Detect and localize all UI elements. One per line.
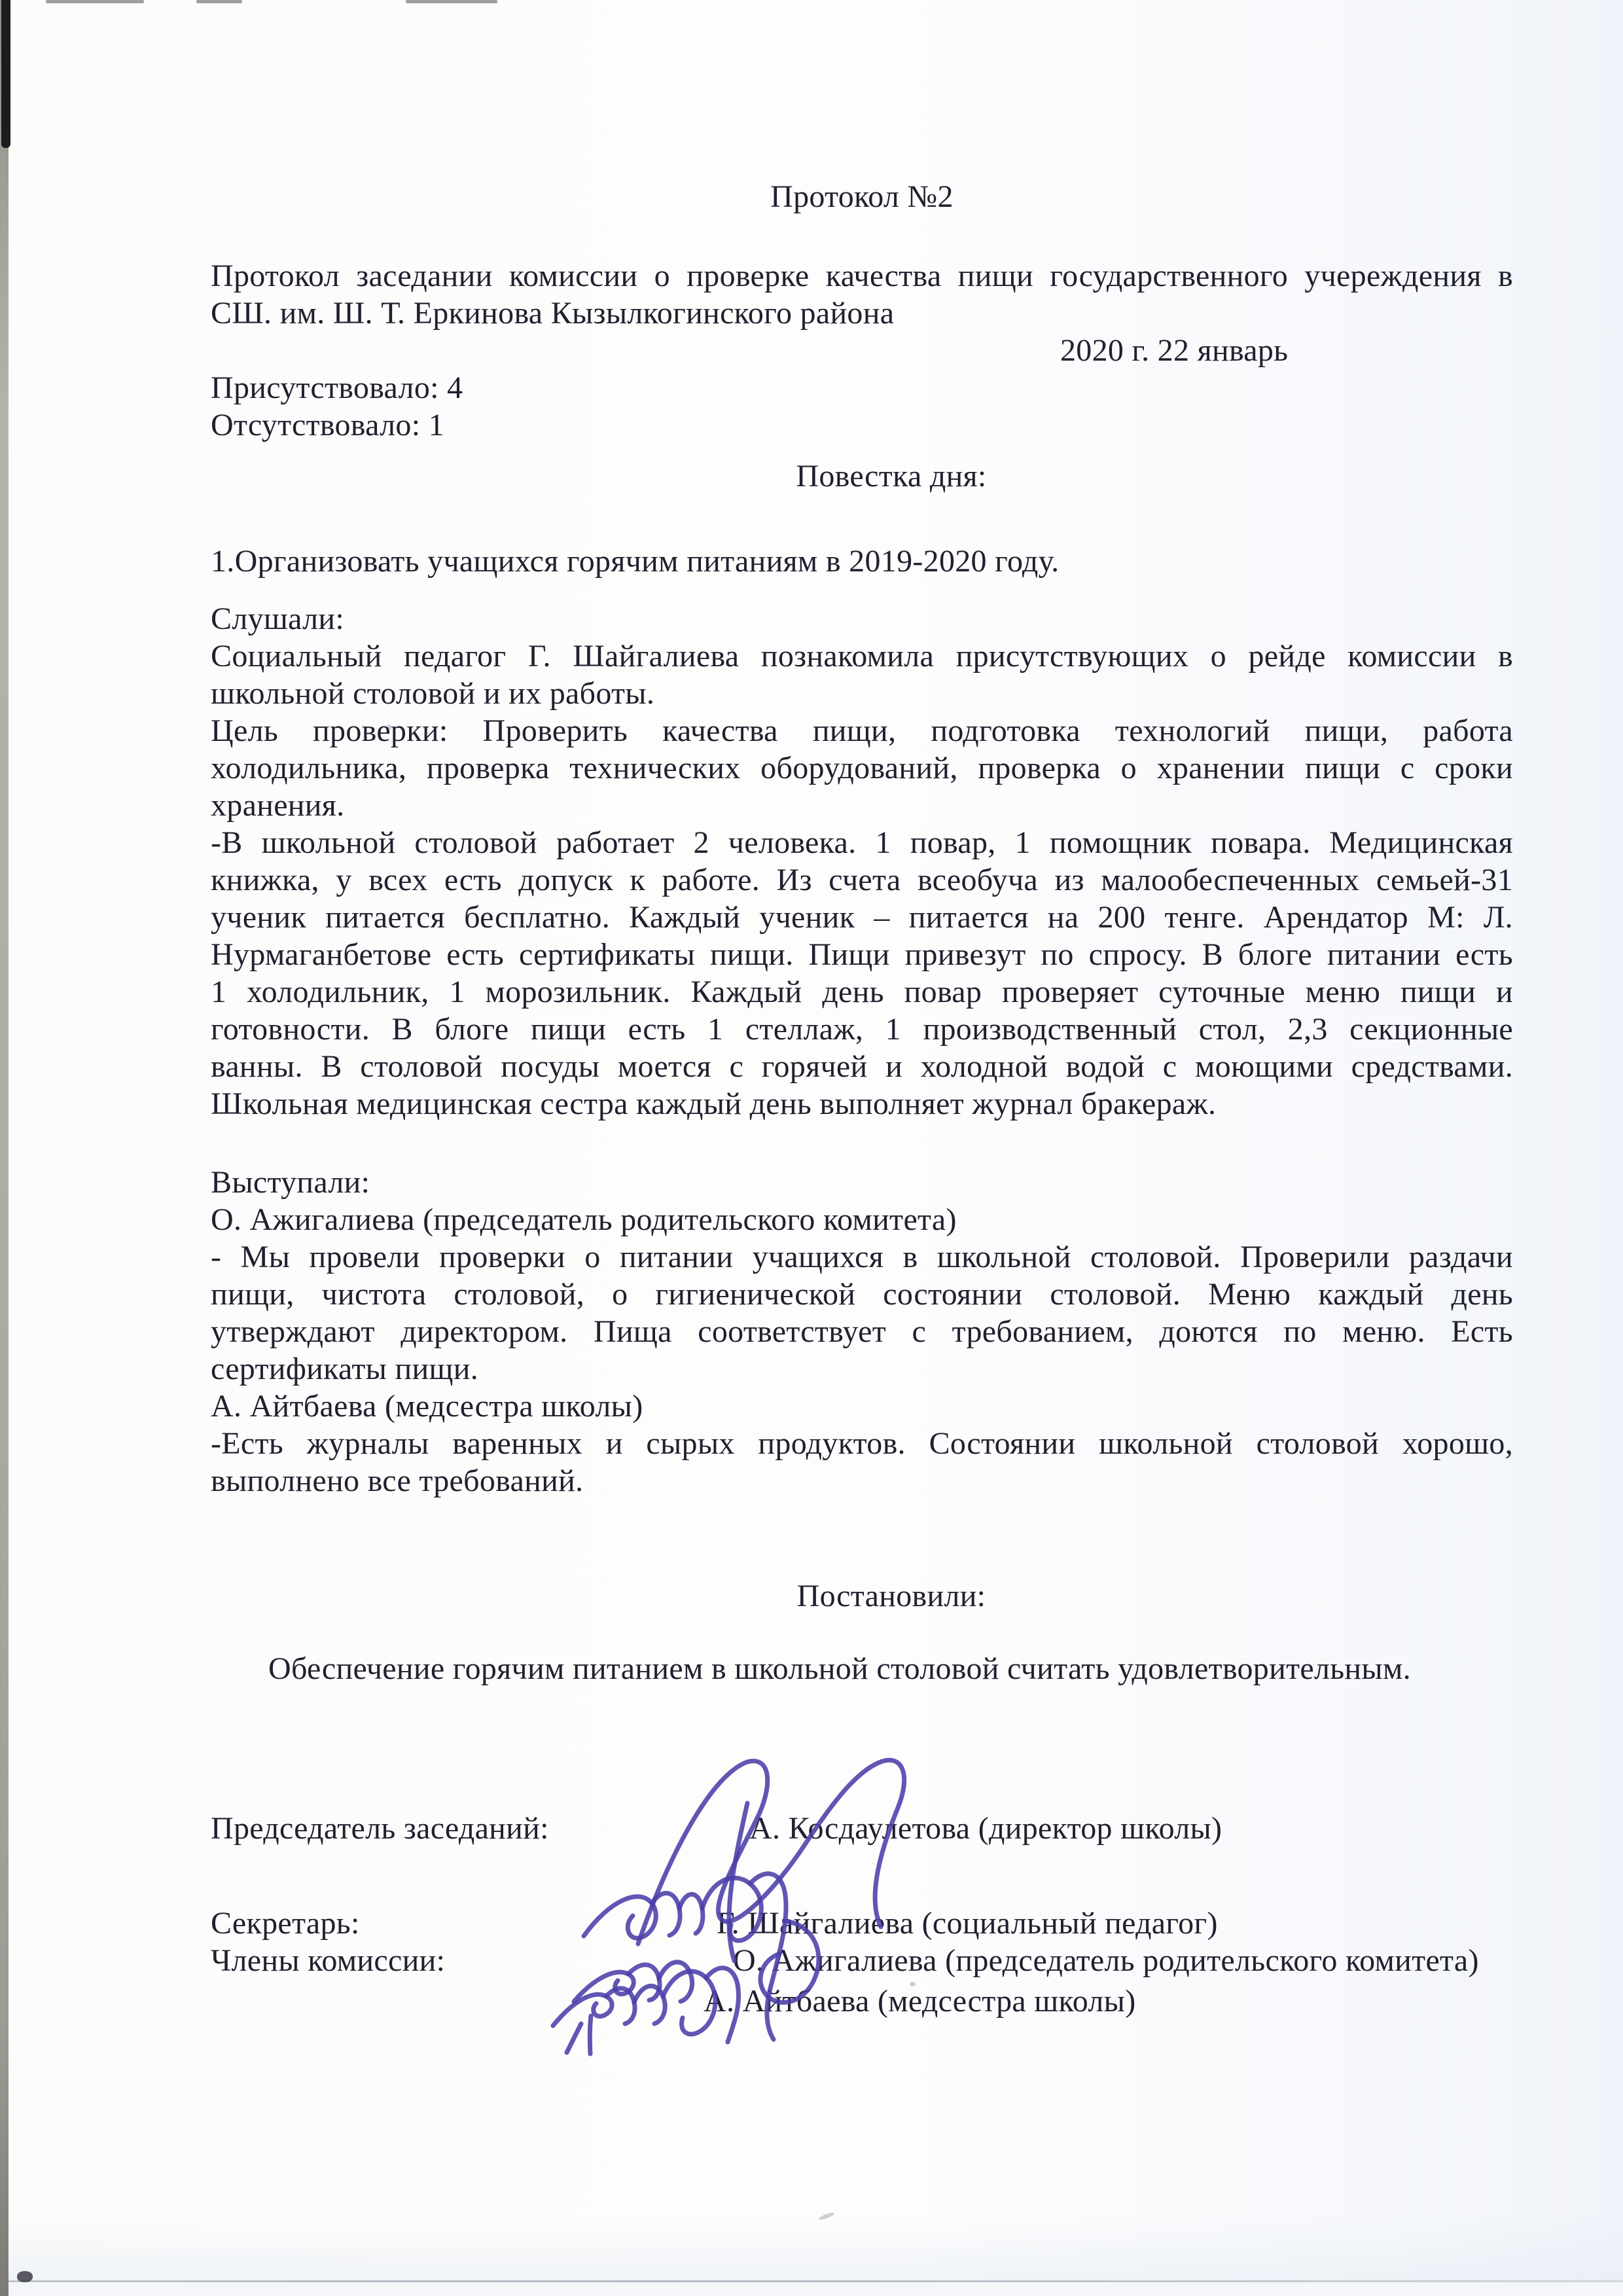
text-line: пищи, чистота столовой, о гигиенической … — [211, 1276, 1513, 1313]
text-line: школьной столовой и их работы. — [211, 675, 1513, 712]
text-line: Цель проверки: Проверить качества пищи, … — [211, 712, 1513, 749]
text-line: ванны. В столовой посуды моется с горяче… — [211, 1048, 1513, 1085]
signature-name: Г. Шайгалиева (социальный педагог) — [717, 1905, 1218, 1942]
speakers-paragraph: О. Ажигалиева (председатель родительског… — [211, 1201, 1513, 1499]
scanned-protocol-page: Протокол №2 Протокол заседании комиссии … — [0, 0, 1623, 2296]
agenda-heading: Повестка дня: — [240, 457, 1543, 495]
signature-row: Председатель заседаний: А. Косдаулетова … — [211, 1810, 1513, 1847]
attendance-absent: Отсутствовало: 1 — [211, 406, 1513, 444]
signature-label: Председатель заседаний: — [211, 1811, 549, 1846]
listened-paragraph: Социальный педагог Г. Шайгалиева познако… — [211, 637, 1513, 1122]
scan-speck — [818, 2212, 835, 2221]
text-line: хранения. — [211, 787, 1513, 824]
text-line: утверждают директором. Пища соответствуе… — [211, 1313, 1513, 1350]
text-line: А. Айтбаева (медсестра школы) — [211, 1388, 1513, 1425]
scanner-bottom-area — [9, 2282, 1623, 2296]
text-line: СШ. им. Ш. Т. Еркинова Кызылкогинского р… — [211, 295, 1513, 332]
scan-top-dash — [46, 0, 144, 3]
signature-row: Секретарь: Г. Шайгалиева (социальный пед… — [211, 1905, 1513, 1942]
text-line: -В школьной столовой работает 2 человека… — [211, 824, 1513, 861]
text-line: - Мы провели проверки о питании учащихся… — [211, 1238, 1513, 1276]
text-line: ученик питается бесплатно. Каждый ученик… — [211, 899, 1513, 936]
listened-heading: Слушали: — [211, 600, 1513, 637]
scanner-edge-strip — [0, 0, 9, 2296]
intro-paragraph: Протокол заседании комиссии о проверке к… — [211, 257, 1513, 332]
speakers-heading: Выступали: — [211, 1164, 1513, 1201]
scan-black-mark — [1, 0, 10, 148]
attendance-present: Присутствовало: 4 — [211, 369, 1513, 406]
text-line: выполнено все требований. — [211, 1462, 1513, 1499]
signature-row: Члены комиссии: О. Ажигалиева (председат… — [211, 1942, 1513, 1979]
text-line: сертификаты пищи. — [211, 1350, 1513, 1388]
signature-name: О. Ажигалиева (председатель родительског… — [733, 1942, 1479, 1979]
date-line: 2020 г. 22 январь — [211, 332, 1513, 369]
signature-ink-stroke — [590, 2016, 591, 2054]
text-line: -Есть журналы варенных и сырых продуктов… — [211, 1425, 1513, 1462]
text-line: Нурмаганбетове есть сертификаты пищи. Пи… — [211, 936, 1513, 973]
text-line: книжка, у всех есть допуск к работе. Из … — [211, 861, 1513, 899]
text-line: холодильника, проверка технических обору… — [211, 749, 1513, 787]
document-content: Протокол №2 Протокол заседании комиссии … — [211, 178, 1513, 2020]
page-title: Протокол №2 — [211, 178, 1513, 215]
text-line: Протокол заседании комиссии о проверке к… — [211, 257, 1513, 295]
signature-name: А. Косдаулетова (директор школы) — [749, 1810, 1222, 1847]
resolved-heading: Постановили: — [240, 1577, 1543, 1615]
text-line: готовности. В блоге пищи есть 1 стеллаж,… — [211, 1011, 1513, 1048]
signature-ink-stroke — [567, 2024, 581, 2053]
resolution-text: Обеспечение горячим питанием в школьной … — [211, 1650, 1513, 1687]
scan-speck — [17, 2271, 33, 2282]
agenda-item: 1.Организовать учащихся горячим питаниям… — [211, 543, 1513, 580]
scan-top-dash — [406, 0, 497, 3]
signature-label: Секретарь: — [211, 1906, 360, 1941]
signature-name: А. Айтбаева (медсестра школы) — [704, 1982, 1135, 2020]
signature-row: А. Айтбаева (медсестра школы) — [211, 1982, 1513, 2020]
signature-label: Члены комиссии: — [211, 1943, 445, 1978]
text-line: Школьная медицинская сестра каждый день … — [211, 1085, 1513, 1122]
text-line: Социальный педагог Г. Шайгалиева познако… — [211, 637, 1513, 675]
scan-top-dash — [196, 0, 242, 3]
text-line: 1 холодильник, 1 морозильник. Каждый ден… — [211, 973, 1513, 1011]
text-line: О. Ажигалиева (председатель родительског… — [211, 1201, 1513, 1238]
